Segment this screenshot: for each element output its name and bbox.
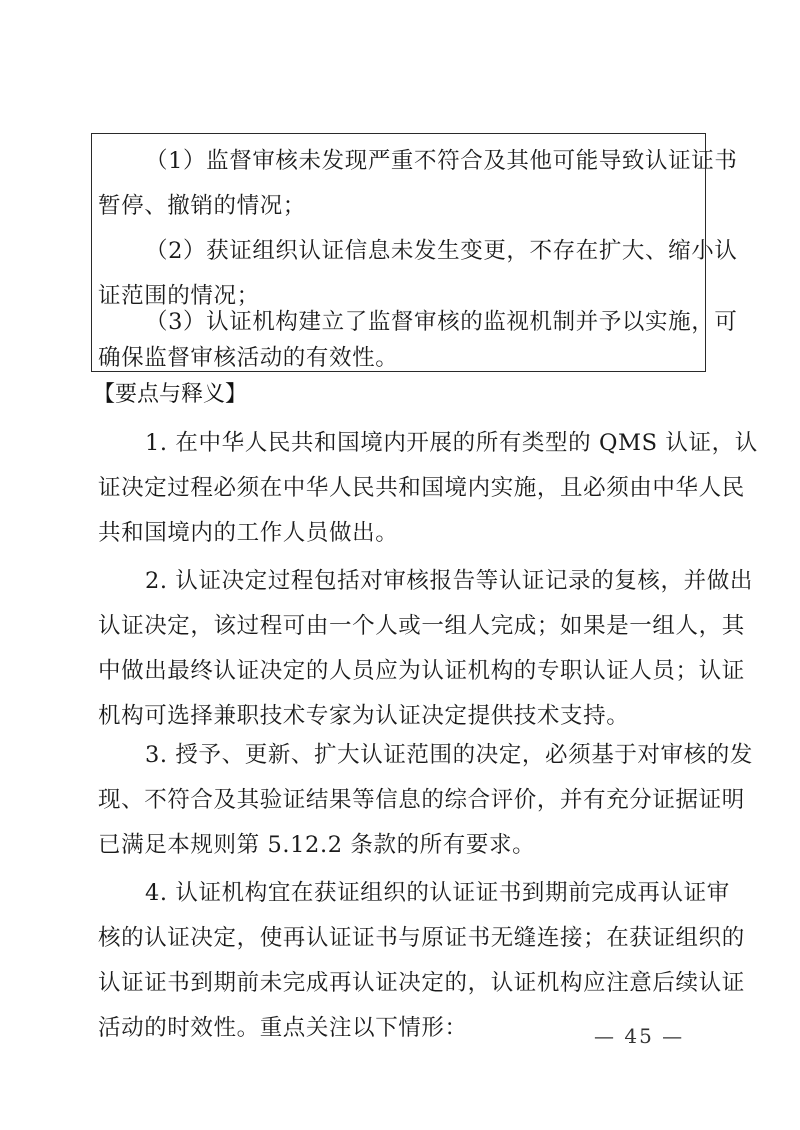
paragraph-1-line-3: 共和国境内的工作人员做出。 [98, 518, 704, 548]
paragraph-4-line-1: 4. 认证机构宜在获证组织的认证证书到期前完成再认证审 [98, 878, 704, 908]
paragraph-3-line-1: 3. 授予、更新、扩大认证范围的决定，必须基于对审核的发 [98, 740, 704, 770]
section-heading: 【要点与释义】 [93, 380, 247, 410]
clause-item-3-line-1: （3）认证机构建立了监督审核的监视机制并予以实施，可 [98, 307, 704, 337]
paragraph-2-line-4: 机构可选择兼职技术专家为认证决定提供技术支持。 [98, 701, 704, 731]
clause-item-1-line-1: （1）监督审核未发现严重不符合及其他可能导致认证证书 [98, 146, 704, 176]
paragraph-3-line-3: 已满足本规则第 5.12.2 条款的所有要求。 [98, 830, 704, 860]
paragraph-2-line-3: 中做出最终认证决定的人员应为认证机构的专职认证人员；认证 [98, 656, 704, 686]
paragraph-3-line-2: 现、不符合及其验证结果等信息的综合评价，并有充分证据证明 [98, 785, 704, 815]
paragraph-1-line-2: 证决定过程必须在中华人民共和国境内实施，且必须由中华人民 [98, 473, 704, 503]
paragraph-1-line-1: 1. 在中华人民共和国境内开展的所有类型的 QMS 认证，认 [98, 428, 704, 458]
clause-item-2-line-1: （2）获证组织认证信息未发生变更，不存在扩大、缩小认 [98, 236, 704, 266]
document-page: （1）监督审核未发现严重不符合及其他可能导致认证证书 暂停、撤销的情况； （2）… [0, 0, 800, 1130]
paragraph-2-line-1: 2. 认证决定过程包括对审核报告等认证记录的复核，并做出 [98, 566, 704, 596]
page-number: — 45 — [594, 1022, 684, 1050]
clause-item-3-line-2: 确保监督审核活动的有效性。 [98, 343, 704, 373]
paragraph-4-line-3: 认证证书到期前未完成再认证决定的，认证机构应注意后续认证 [98, 968, 704, 998]
paragraph-4-line-2: 核的认证决定，使再认证证书与原证书无缝连接；在获证组织的 [98, 923, 704, 953]
paragraph-2-line-2: 认证决定，该过程可由一个人或一组人完成；如果是一组人，其 [98, 611, 704, 641]
clause-item-1-line-2: 暂停、撤销的情况； [98, 191, 704, 221]
